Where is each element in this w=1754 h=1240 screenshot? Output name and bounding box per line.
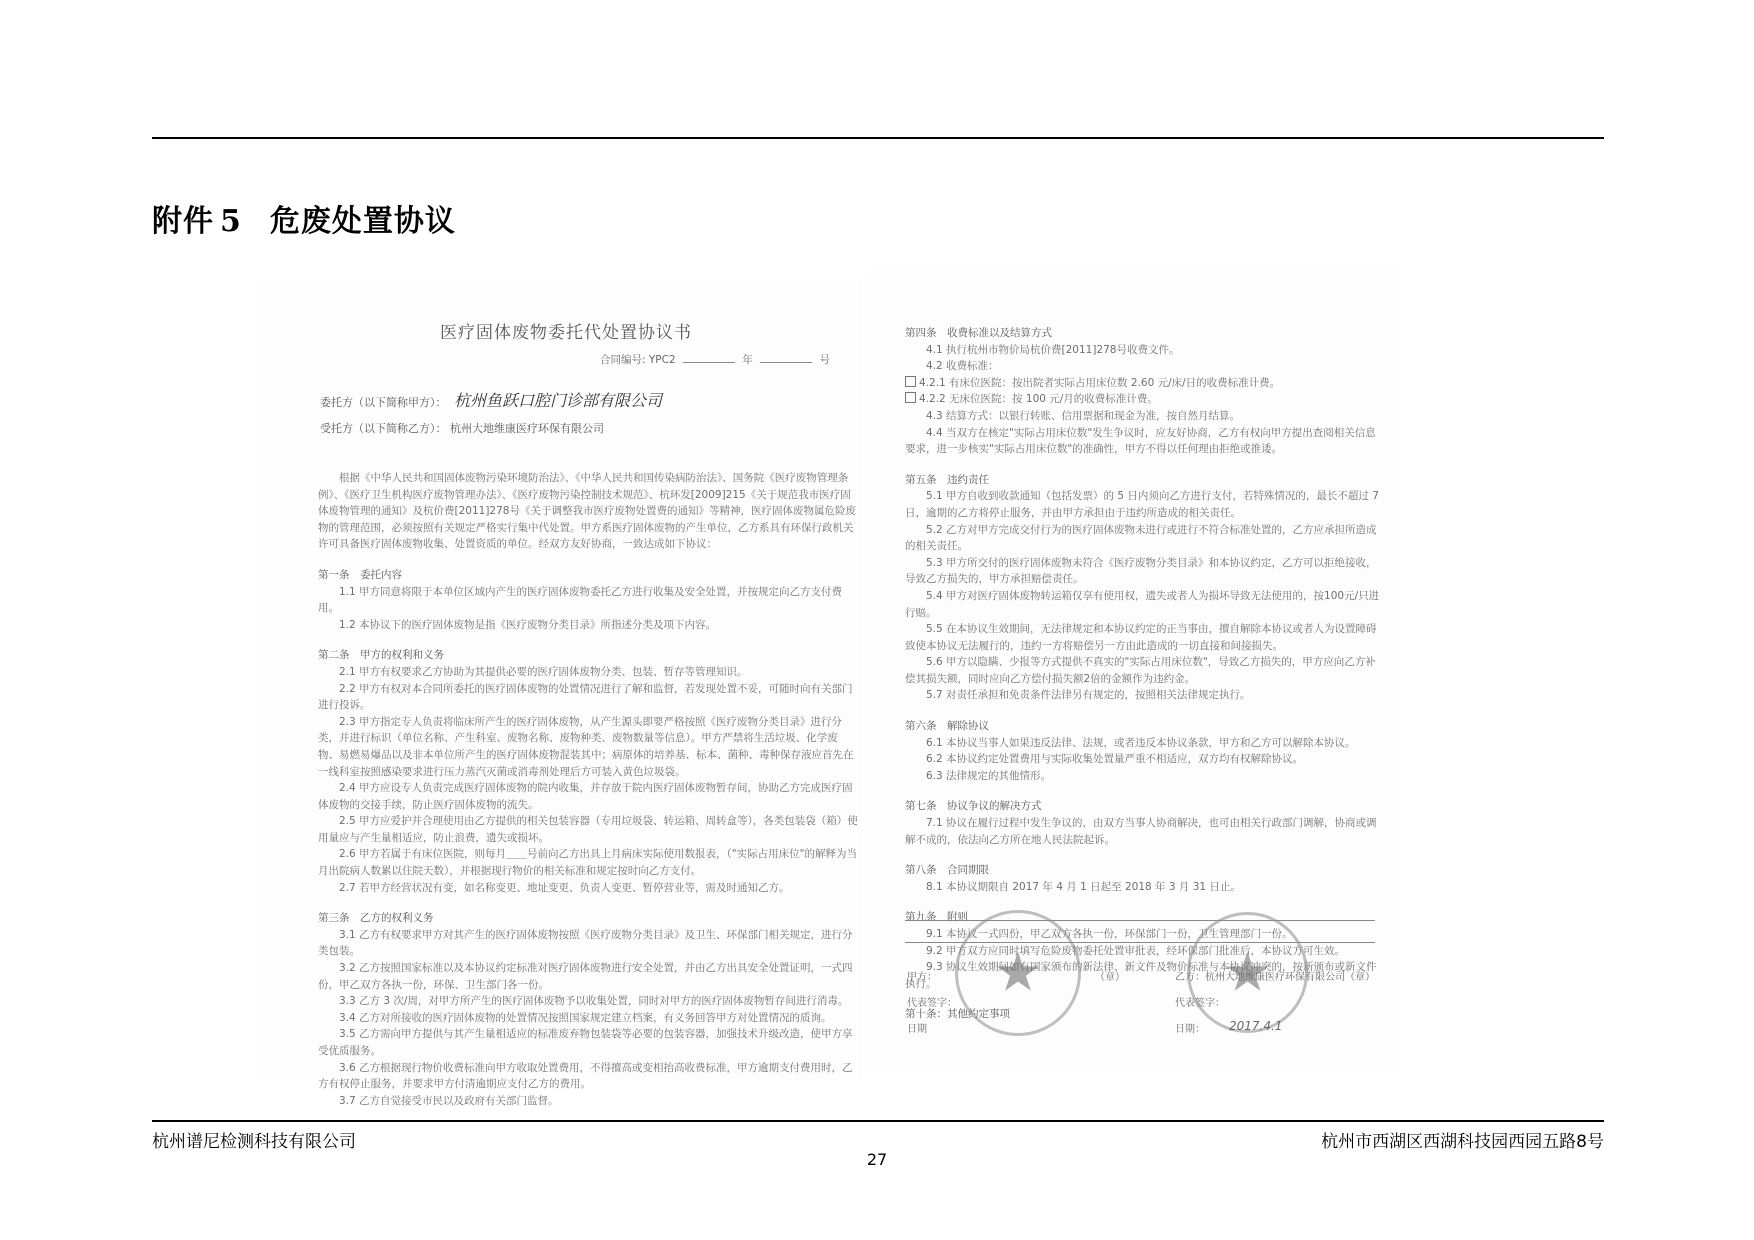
party-a-date-label: 日期 bbox=[907, 1022, 927, 1039]
clause: 4.1 执行杭州市物价局杭价费[2011]278号收费文件。 bbox=[905, 342, 1385, 359]
clause: 2.5 甲方应爱护并合理使用由乙方提供的相关包装容器（专用垃圾袋、转运箱、周转盒… bbox=[318, 813, 858, 846]
clause-checkbox-row: 4.2.2 无床位医院：按 100 元/月的收费标准计费。 bbox=[905, 391, 1385, 408]
page-heading: 附件5危废处置协议 bbox=[152, 196, 456, 240]
clause: 3.2 乙方按照国家标准以及本协议约定标准对医疗固体废物进行安全处置，并由乙方出… bbox=[318, 960, 858, 993]
section-title: 第一条 委托内容 bbox=[318, 567, 858, 584]
contract-title: 医疗固体废物委托代处置协议书 bbox=[440, 318, 692, 343]
party-a: 委托方（以下简称甲方）： 杭州鱼跃口腔门诊部有限公司 bbox=[320, 388, 662, 411]
party-b-sign-label: 乙方：杭州大地维康医疗环保有限公司（章） bbox=[1175, 970, 1375, 987]
section-title: 第七条 协议争议的解决方式 bbox=[905, 798, 1385, 815]
party-a-label: 委托方（以下简称甲方）： bbox=[320, 396, 447, 409]
clause: 2.6 甲方若属于有床位医院，则每月＿＿号前向乙方出具上月病床实际使用数报表，（… bbox=[318, 846, 858, 879]
heading-title: 危废处置协议 bbox=[270, 204, 456, 239]
section-title: 第二条 甲方的权利和义务 bbox=[318, 647, 858, 664]
clause: 2.4 甲方应设专人负责完成医疗固体废物的院内收集，并存放于院内医疗固体废物暂存… bbox=[318, 780, 858, 813]
star-icon: ★ bbox=[994, 965, 1042, 982]
clause: 4.2.2 无床位医院：按 100 元/月的收费标准计费。 bbox=[919, 393, 1158, 405]
clause: 5.4 甲方对医疗固体废物转运箱仅享有使用权，遗失或者人为损坏导致无法使用的，按… bbox=[905, 588, 1385, 621]
party-b-rep-label: 代表签字： bbox=[1175, 996, 1225, 1013]
clause: 2.1 甲方有权要求乙方协助为其提供必要的医疗固体废物分类、包装、暂存等管理知识… bbox=[318, 664, 858, 681]
clause: 4.3 结算方式：以银行转账、信用票据和现金为准，按自然月结算。 bbox=[905, 408, 1385, 425]
clause-checkbox-row: 4.2.1 有床位医院：按出院者实际占用床位数 2.60 元/床/日的收费标准计… bbox=[905, 375, 1385, 392]
party-b-date-value: 2017.4.1 bbox=[1229, 1018, 1282, 1035]
section-title: 第八条 合同期限 bbox=[905, 862, 1385, 879]
footer-company: 杭州谱尼检测科技有限公司 bbox=[152, 1127, 356, 1152]
footer-address: 杭州市西湖区西湖科技园西园五路8号 bbox=[1321, 1127, 1604, 1152]
header-rule bbox=[152, 137, 1604, 139]
page-number: 27 bbox=[0, 1150, 1754, 1169]
footer-rule bbox=[152, 1120, 1604, 1122]
clause: 1.1 甲方同意将限于本单位区域内产生的医疗固体废物委托乙方进行收集及安全处置，… bbox=[318, 584, 858, 617]
clause: 2.3 甲方指定专人负责将临床所产生的医疗固体废物，从产生源头即要严格按照《医疗… bbox=[318, 714, 858, 780]
party-b-label: 受托方（以下简称乙方）： bbox=[320, 422, 447, 435]
contract-right-column: 第四条 收费标准以及结算方式 4.1 执行杭州市物价局杭价费[2011]278号… bbox=[905, 325, 1385, 1023]
party-a-handwritten-name: 杭州鱼跃口腔门诊部有限公司 bbox=[454, 391, 662, 410]
party-a-rep-label: 代表签字： bbox=[907, 996, 957, 1013]
checked-checkbox-icon bbox=[905, 392, 916, 403]
party-b-name: 杭州大地维康医疗环保有限公司 bbox=[450, 422, 604, 435]
signature-rule bbox=[905, 920, 1375, 921]
signature-area: ★ ★ 甲方： （章） 代表签字： 日期 乙方：杭州大地维康医疗环保有限公司（章… bbox=[905, 920, 1385, 1050]
clause: 1.2 本协议下的医疗固体废物是指《医疗废物分类目录》所指述分类及项下内容。 bbox=[318, 617, 858, 634]
contract-number-label: 合同编号: YPC2 bbox=[600, 354, 676, 366]
contract-number-year: 年 bbox=[742, 354, 753, 366]
section-title: 第四条 收费标准以及结算方式 bbox=[905, 325, 1385, 342]
section-title: 第六条 解除协议 bbox=[905, 718, 1385, 735]
clause: 6.1 本协议当事人如果违反法律、法规，或者违反本协议条款，甲方和乙方可以解除本… bbox=[905, 735, 1385, 752]
party-a-seal-stamp: ★ bbox=[955, 910, 1081, 1036]
clause: 3.7 乙方自觉接受市民以及政府有关部门监督。 bbox=[318, 1093, 858, 1110]
clause: 2.2 甲方有权对本合同所委托的医疗固体废物的处置情况进行了解和监督，若发现处置… bbox=[318, 681, 858, 714]
contract-number: 合同编号: YPC2 年 号 bbox=[600, 352, 830, 367]
clause: 5.2 乙方对甲方完成交付行为的医疗固体废物未进行或进行不符合标准处置的，乙方应… bbox=[905, 522, 1385, 555]
clause: 3.5 乙方需向甲方提供与其产生量相适应的标准废弃物包装袋等必要的包装容器，加强… bbox=[318, 1026, 858, 1059]
clause: 3.6 乙方根据现行物价收费标准向甲方收取处置费用，不得擅高或变相抬高收费标准，… bbox=[318, 1060, 858, 1093]
clause: 5.6 甲方以隐瞒、少报等方式提供不真实的"实际占用床位数"，导致乙方损失的，甲… bbox=[905, 654, 1385, 687]
contract-number-suffix: 号 bbox=[820, 354, 831, 366]
clause: 4.2 收费标准： bbox=[905, 358, 1385, 375]
clause: 4.2.1 有床位医院：按出院者实际占用床位数 2.60 元/床/日的收费标准计… bbox=[919, 377, 1280, 389]
clause: 4.4 当双方在核定"实际占用床位数"发生争议时，应友好协商，乙方有权向甲方提出… bbox=[905, 425, 1385, 458]
clause: 3.4 乙方对所接收的医疗固体废物的处置情况按照国家规定建立档案，有义务回答甲方… bbox=[318, 1010, 858, 1027]
clause: 2.7 若甲方经营状况有变，如名称变更、地址变更、负责人变更、暂停营业等，需及时… bbox=[318, 880, 858, 897]
clause: 3.3 乙方 3 次/周，对甲方所产生的医疗固体废物予以收集处置，同时对甲方的医… bbox=[318, 993, 858, 1010]
clause: 5.1 甲方自收到收款通知（包括发票）的 5 日内须向乙方进行支付，若特殊情况的… bbox=[905, 488, 1385, 521]
clause: 6.3 法律规定的其他情形。 bbox=[905, 768, 1385, 785]
clause: 5.3 甲方所交付的医疗固体废物未符合《医疗废物分类目录》和本协议约定，乙方可以… bbox=[905, 555, 1385, 588]
party-a-sign-label: 甲方： bbox=[907, 970, 937, 987]
clause: 7.1 协议在履行过程中发生争议的，由双方当事人协商解决，也可由相关行政部门调解… bbox=[905, 815, 1385, 848]
heading-number: 5 bbox=[220, 204, 242, 239]
heading-prefix: 附件 bbox=[152, 204, 214, 239]
party-b: 受托方（以下简称乙方）： 杭州大地维康医疗环保有限公司 bbox=[320, 420, 604, 436]
preamble: 根据《中华人民共和国固体废物污染环境防治法》、《中华人民共和国传染病防治法》、国… bbox=[318, 470, 858, 553]
contract-left-column: 根据《中华人民共和国固体废物污染环境防治法》、《中华人民共和国传染病防治法》、国… bbox=[318, 470, 858, 1109]
clause: 5.5 在本协议生效期间，无法律规定和本协议约定的正当事由，擅自解除本协议或者人… bbox=[905, 621, 1385, 654]
contract-number-blank-2 bbox=[760, 362, 812, 363]
clause: 8.1 本协议期限自 2017 年 4 月 1 日起至 2018 年 3 月 3… bbox=[905, 879, 1385, 896]
clause: 6.2 本协议约定处置费用与实际收集处置量严重不相适应，双方均有权解除协议。 bbox=[905, 751, 1385, 768]
clause: 3.1 乙方有权要求甲方对其产生的医疗固体废物按照《医疗废物分类目录》及卫生、环… bbox=[318, 927, 858, 960]
contract-number-blank bbox=[683, 362, 735, 363]
party-a-seal-label: （章） bbox=[1095, 970, 1125, 987]
checkbox-icon bbox=[905, 376, 916, 387]
section-title: 第五条 违约责任 bbox=[905, 472, 1385, 489]
party-b-date-label: 日期： bbox=[1175, 1022, 1205, 1039]
section-title: 第三条 乙方的权利义务 bbox=[318, 910, 858, 927]
clause: 5.7 对责任承担和免责条件法律另有规定的，按照相关法律规定执行。 bbox=[905, 687, 1385, 704]
